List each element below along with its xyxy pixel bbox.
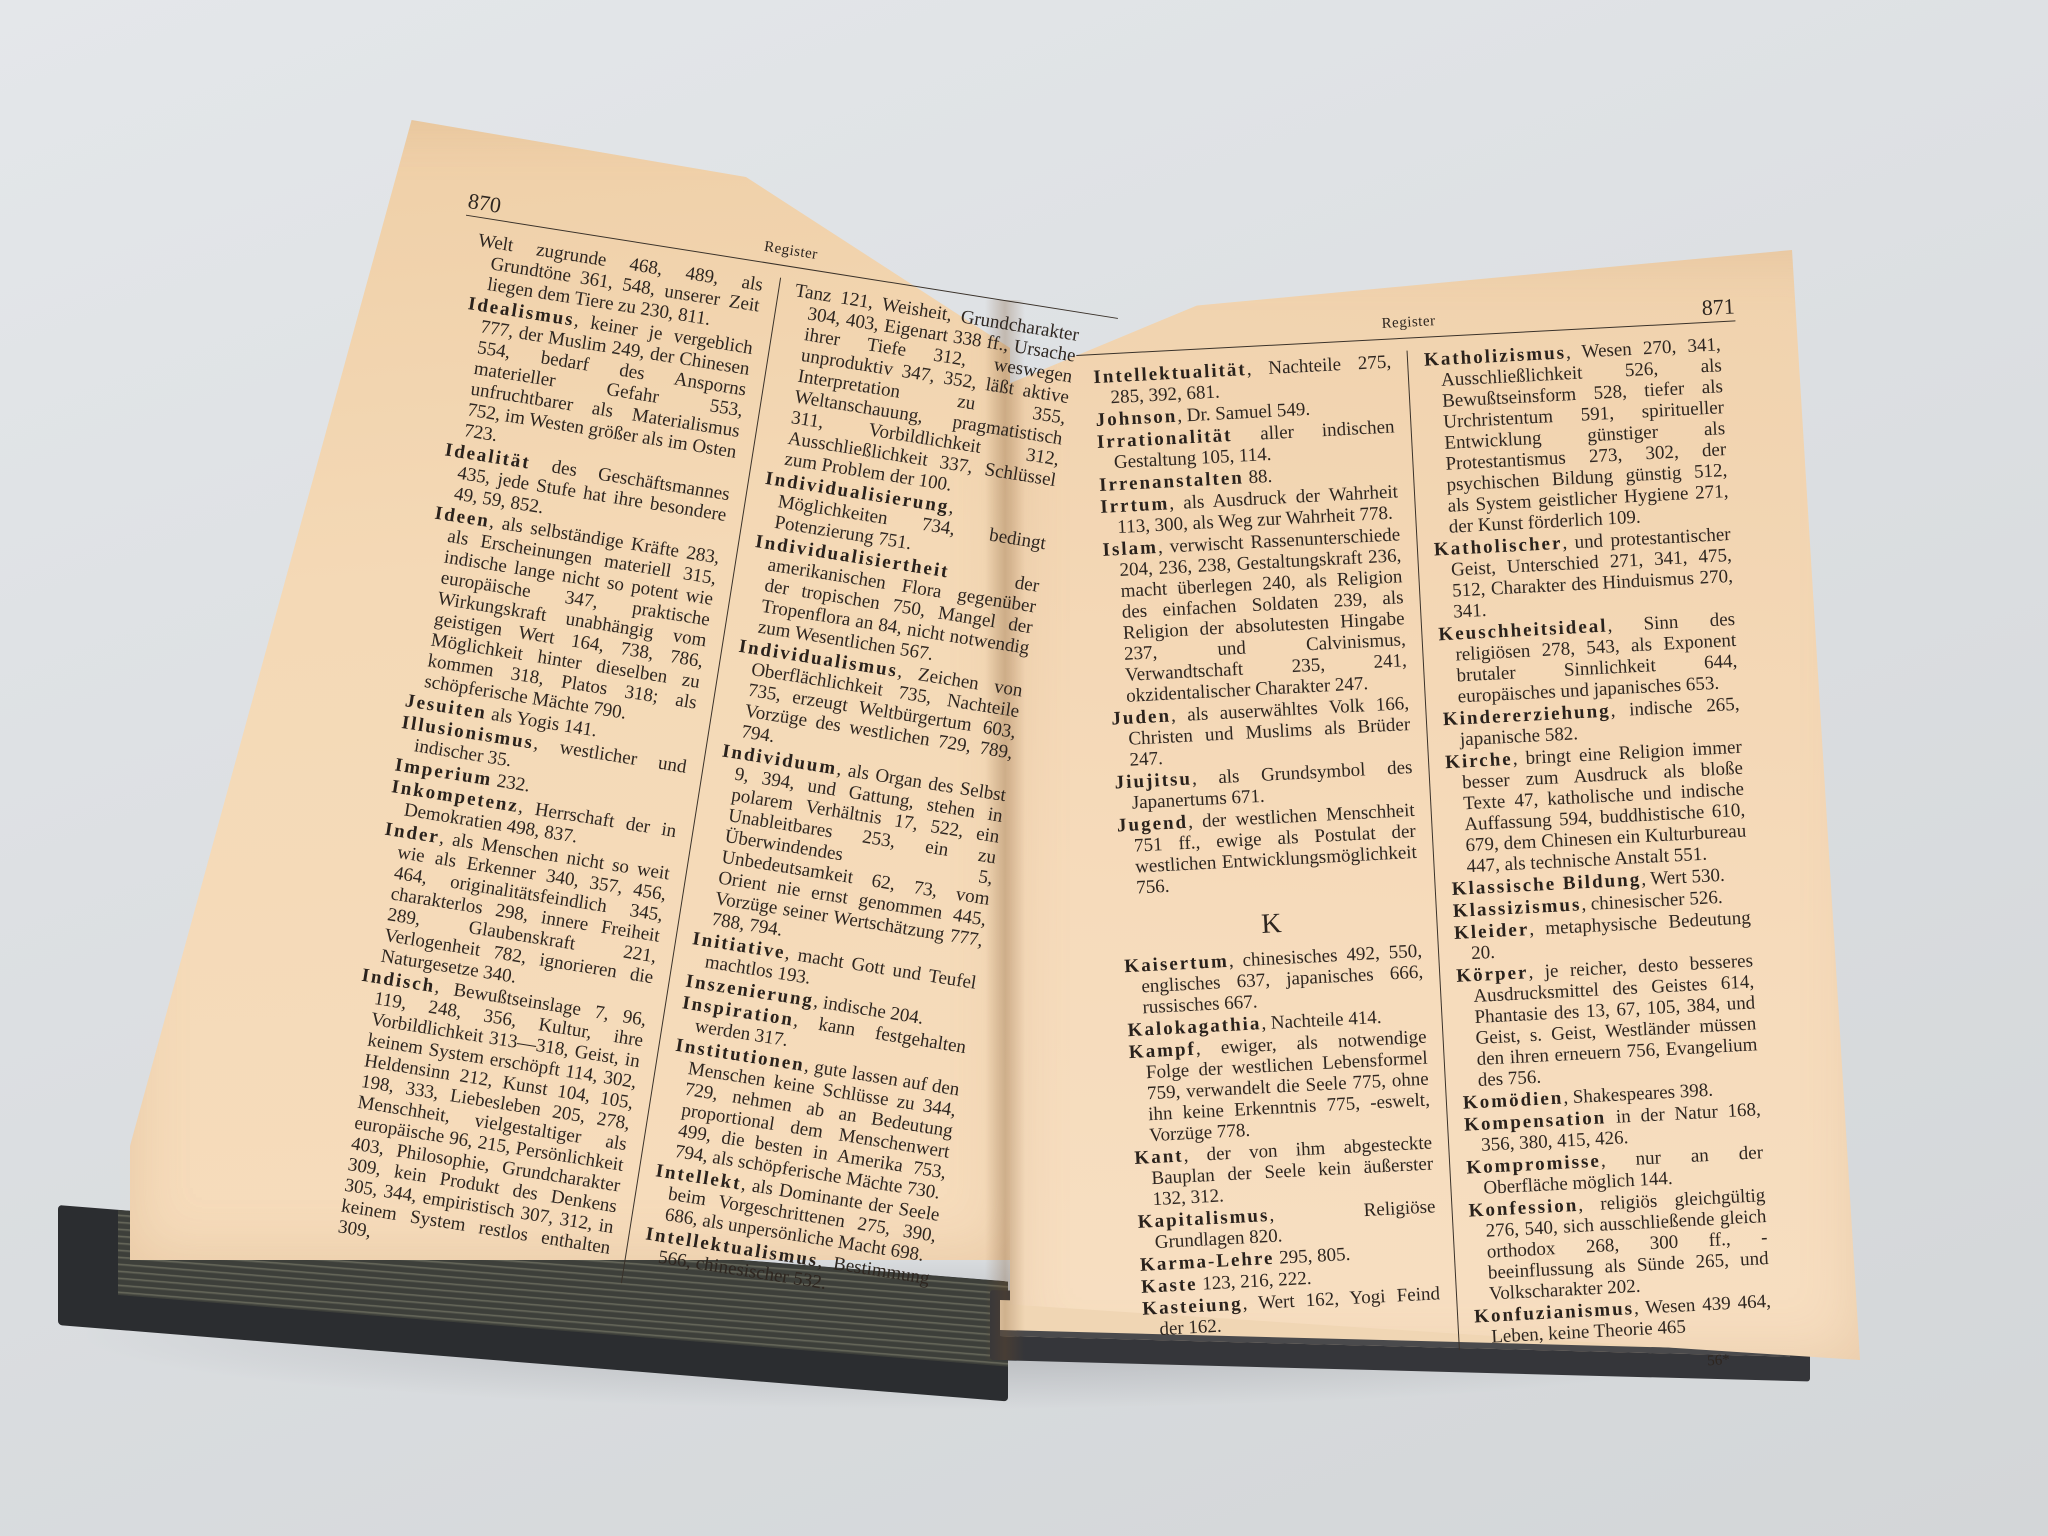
section-letter: K: [1122, 906, 1421, 943]
index-entry: Kirche, bringt eine Religion immer besse…: [1445, 737, 1748, 878]
index-references: , Wert 530.: [1641, 865, 1726, 890]
index-head-word: Kleider: [1454, 919, 1530, 944]
page-number: 871: [1701, 295, 1735, 318]
index-head-word: Kant: [1134, 1145, 1184, 1169]
index-head-word: Kaste: [1141, 1274, 1198, 1298]
index-references: , keiner je vergeblich 777, der Muslim 2…: [463, 310, 755, 463]
index-entry-group: Kaisertum, chinesisches 492, 550, englis…: [1124, 941, 1442, 1341]
index-references: , verwischt Rassenunterschiede 204, 236,…: [1119, 524, 1407, 707]
right-page-columns: Intellektualität, Nachteile 275, 285, 39…: [1077, 333, 1788, 1367]
index-references: , als selbständige Kräfte 283, als Ersch…: [423, 511, 721, 723]
index-head-word: Kasteiung: [1142, 1294, 1243, 1320]
index-entry: Katholizismus, Wesen 270, 341, Ausschlie…: [1424, 334, 1730, 538]
index-entry: Katholischer, und protestantischer Geist…: [1433, 524, 1734, 623]
index-entry: Körper, je reicher, desto besseres Ausdr…: [1456, 950, 1759, 1091]
index-entry: Keuschheitsideal, Sinn des religiösen 27…: [1438, 609, 1739, 708]
index-references: , Bewußtseinslage 7, 96, 119, 248, 356, …: [337, 976, 648, 1258]
index-entry: Jugend, der westlichen Menschheit 751 ff…: [1116, 800, 1418, 899]
right-page-text: Register 871 Intellektualität, Nachteile…: [1075, 295, 1790, 1402]
index-column: Katholizismus, Wesen 270, 341, Ausschlie…: [1407, 333, 1789, 1350]
page-number: 870: [467, 190, 503, 216]
index-references: Tanz 121, Weisheit, Grundcharakter 304, …: [783, 280, 1080, 496]
header-spacer: [1079, 308, 1119, 314]
index-column: Intellektualität, Nachteile 275, 285, 39…: [1077, 351, 1459, 1368]
index-entry: Islam, verwischt Rassenunterschiede 204,…: [1102, 524, 1408, 707]
index-head-word: Islam: [1102, 537, 1158, 561]
index-head-word: Johnson: [1095, 406, 1178, 431]
running-head: Register: [1381, 311, 1436, 335]
index-references: 88.: [1243, 466, 1273, 488]
index-references: 295, 805.: [1274, 1244, 1351, 1269]
index-entry-group: Intellektualität, Nachteile 275, 285, 39…: [1093, 352, 1418, 900]
index-references: , als Organ des Selbst 9, 394, und Gattu…: [710, 759, 1007, 952]
index-entry: Indisch, Bewußtseinslage 7, 96, 119, 248…: [321, 965, 648, 1280]
header-spacer: [1076, 349, 1116, 351]
index-entry: Konfession, religiös gleichgültig 276, 5…: [1468, 1185, 1770, 1305]
index-entry: Kampf, ewiger, als notwendige Folge der …: [1128, 1027, 1431, 1147]
